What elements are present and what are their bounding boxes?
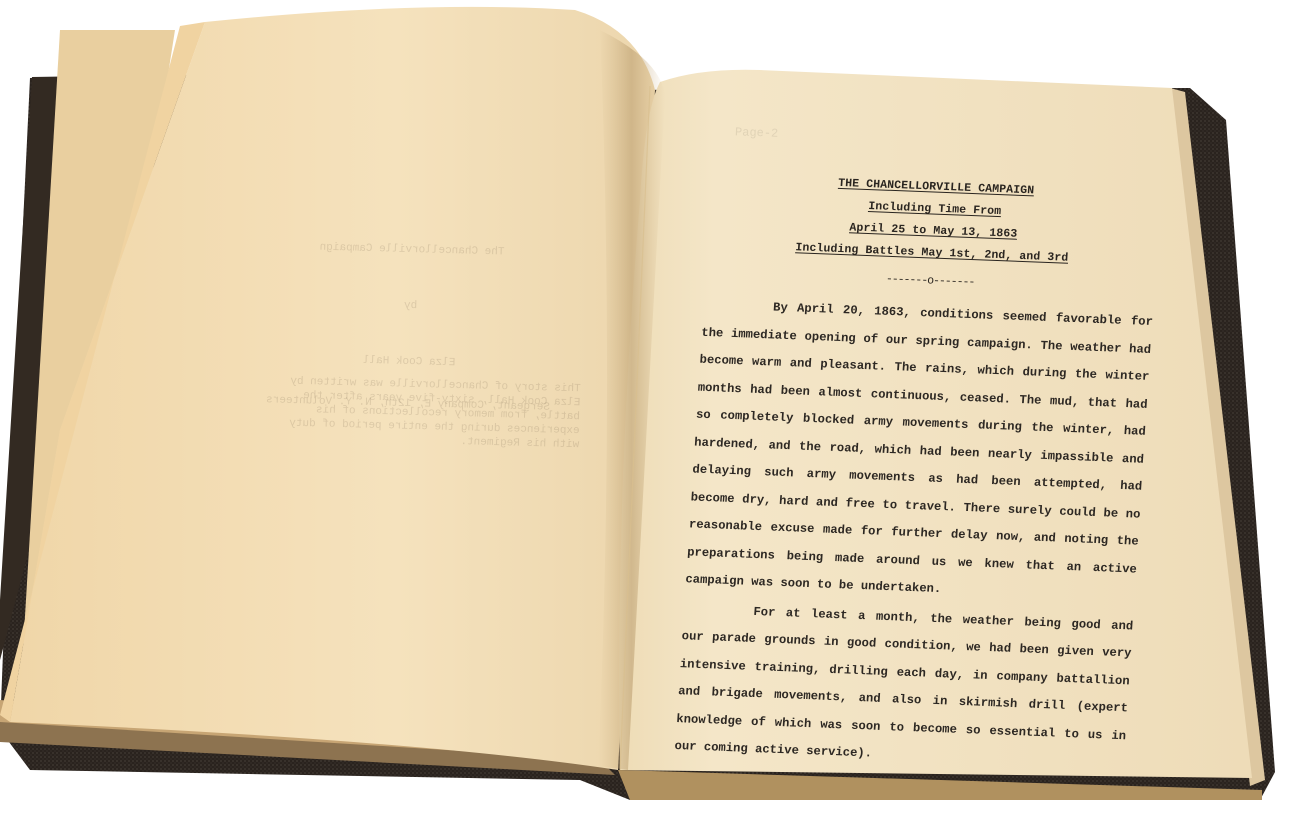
page-label: Page-2 bbox=[735, 119, 779, 147]
paragraph-1: By April 20, 1863, conditions seemed fav… bbox=[684, 292, 1153, 611]
paragraph-2: For at least a month, the weather being … bbox=[674, 596, 1134, 778]
bleed-title: The Chancellorville Campaign bbox=[262, 239, 562, 261]
bleed-author: Elza Cook Hall bbox=[259, 351, 559, 373]
typed-page-content: THE CHANCELLORVILLE CAMPAIGN Including T… bbox=[674, 168, 1162, 778]
left-page-bleed-note: This story of Chancellorville was writte… bbox=[259, 374, 581, 452]
book-photo: The Chancellorville Campaign by Elza Coo… bbox=[0, 0, 1300, 820]
chapter-heading: THE CHANCELLORVILLE CAMPAIGN Including T… bbox=[705, 168, 1162, 301]
bleed-by: by bbox=[260, 295, 560, 317]
